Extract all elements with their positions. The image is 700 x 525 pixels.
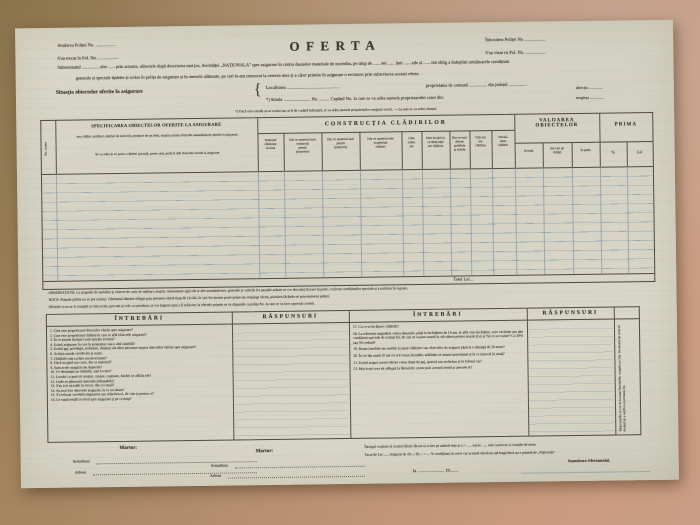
col-constructia-8: Câți ani are clădirea [469,135,491,148]
closing-statement-2: Taxat de Lei ...... Asigurat de 19....-1… [365,449,655,457]
col-constructia-1: Numărul clădirilor în total [257,138,283,151]
col-valoare-total: în total [515,148,543,152]
col-constructia-2: Din ce material sunt construiți pereții … [283,137,321,154]
header-intrebari-left: ÎNTREBĂRI [47,315,232,323]
table-body-empty-rows [42,167,654,281]
situatia-label: Situația obiectelor oferite la asigurare [56,87,251,96]
martor-label-2: Martor: [256,449,274,456]
col-specificarea-sub1: sau: clădiri, mobilier, mărfuri de orice… [61,132,253,139]
col-constructia-7: Din ce sunt făcute podelele și scările [449,135,469,152]
semnatura-label-1: Semnătura [73,458,90,463]
question-item: 22. Mai aveți ceva de adăugat la lămurir… [353,365,523,372]
questions-left-list: 1. Cine este proprietarul obiectelor ofe… [50,327,229,403]
questions-answers-box: ÎNTREBĂRI RĂSPUNSURI ÎNTREBĂRI RĂSPUNSUR… [46,306,642,443]
martor-label-1: Martor: [119,446,137,453]
group-constructia: CONSTRUCȚIA CLĂDIRILOR [257,119,514,128]
closing-statement-1: Întregul conținut al acestei Oferte făcu… [364,441,654,449]
col-constructia-3: Din ce material sunt pereții (interiori) [321,137,359,150]
situatia-brace: { [254,81,262,99]
qa-side-note: Răspunsurile se vor da la toate întrebăr… [617,321,638,431]
group-prima: PRIMA [599,122,652,128]
adresa-label-1: Adresa [75,469,86,474]
header-raspunsuri-right: RĂSPUNSURI [527,310,614,317]
page-title: OFERTA [255,37,415,55]
table-column-line [572,142,573,167]
header-intrebari-right: ÎNTREBĂRI [349,311,527,319]
policy-visa-line: S'au vizat cu Pol. No. .................… [485,49,545,56]
header-raspunsuri-left: RĂSPUNSURI [232,313,349,321]
situatia-directia: direcția .............. [576,85,603,91]
col-constructia-4: Din ce material este acoperișul clădirei [359,136,401,149]
table-rule [257,130,514,134]
photo-background: Anularea Poliței No. .................. … [0,0,700,525]
col-constructia-6: Este locuită și ce destinație are clădir… [421,136,449,149]
address-line [93,472,257,475]
situatia-proprietatea: proprietatea de comună ................ … [426,82,527,89]
question-item: 20. În cei din urmă 10 ani s'a ivit vreu… [353,352,523,359]
table-column-line [627,141,628,166]
intro-paragraph-2: generale și speciale tipărite și scrise … [76,68,636,81]
address-line [228,476,365,479]
situatia-megiesa: megieșa .............. [576,95,604,101]
table-column-line [599,114,601,167]
question-item: 21. Există asupra averei oferite vreun d… [353,358,523,365]
semnatura-ofertant-label: Semnătura Ofertantului. [568,458,611,464]
policy-cancel-line: Anularea Poliței No. .................. [57,42,116,49]
adresa-label-2: Adresa [210,473,221,478]
col-constructia-5: Câte caturi are [401,136,421,149]
questions-right-list: 17. Cu ce se încălzesc clădirile? 18. La… [353,323,524,372]
table-total-label: Total Lei... [453,276,473,282]
bottom-faint-line [521,471,651,474]
col-valoare-parte: în parte [572,148,600,152]
col-no-curent: No. curent [43,127,48,171]
semnatura-label-2: Semnătura [211,463,228,468]
objects-table: No. curent SPECIFICAREA OBIECTELOR OFERI… [40,112,655,290]
col-prima-lei: Lei [627,149,653,155]
col-valoare-cladiri: din cari pe clădiri [543,146,572,155]
col-specificarea-title: SPECIFICAREA OBIECTELOR OFERITE LA ASIGU… [57,121,255,129]
situatia-localitatea: Localitatea ............................… [266,84,339,91]
col-specificarea-sub2: Se va arăta în ce parte a clădirei (pivn… [70,150,246,156]
question-item: 18. La reînoirea asigurărei contra daune… [353,329,523,345]
col-constructia-9: Vecină- tatea clădirei [491,135,514,148]
group-valoarea: VALOAREA OBIECTELOR [514,118,599,129]
question-item: 19. Bunuri imobile sau mobile în jurul c… [353,345,523,352]
signature-line [97,461,257,464]
policy-replace-line: Înlocuirea Poliței No. .................… [485,36,545,43]
col-prima-procent: % [600,149,627,155]
question-item: 17. Cu ce se încălzesc clădirile? [353,323,523,330]
answers-right-area [528,321,614,434]
answers-left-area [233,324,349,437]
situatia-strada: *) Strada ........................ No. .… [266,93,566,103]
policy-transfer-line: S'au trecut în Pol. No. ................… [57,55,118,62]
signature-line [235,466,365,469]
date-line: la ........................ 19........ [413,468,459,475]
offer-form-paper: Anularea Poliței No. .................. … [15,20,679,489]
table-rule [515,141,653,144]
